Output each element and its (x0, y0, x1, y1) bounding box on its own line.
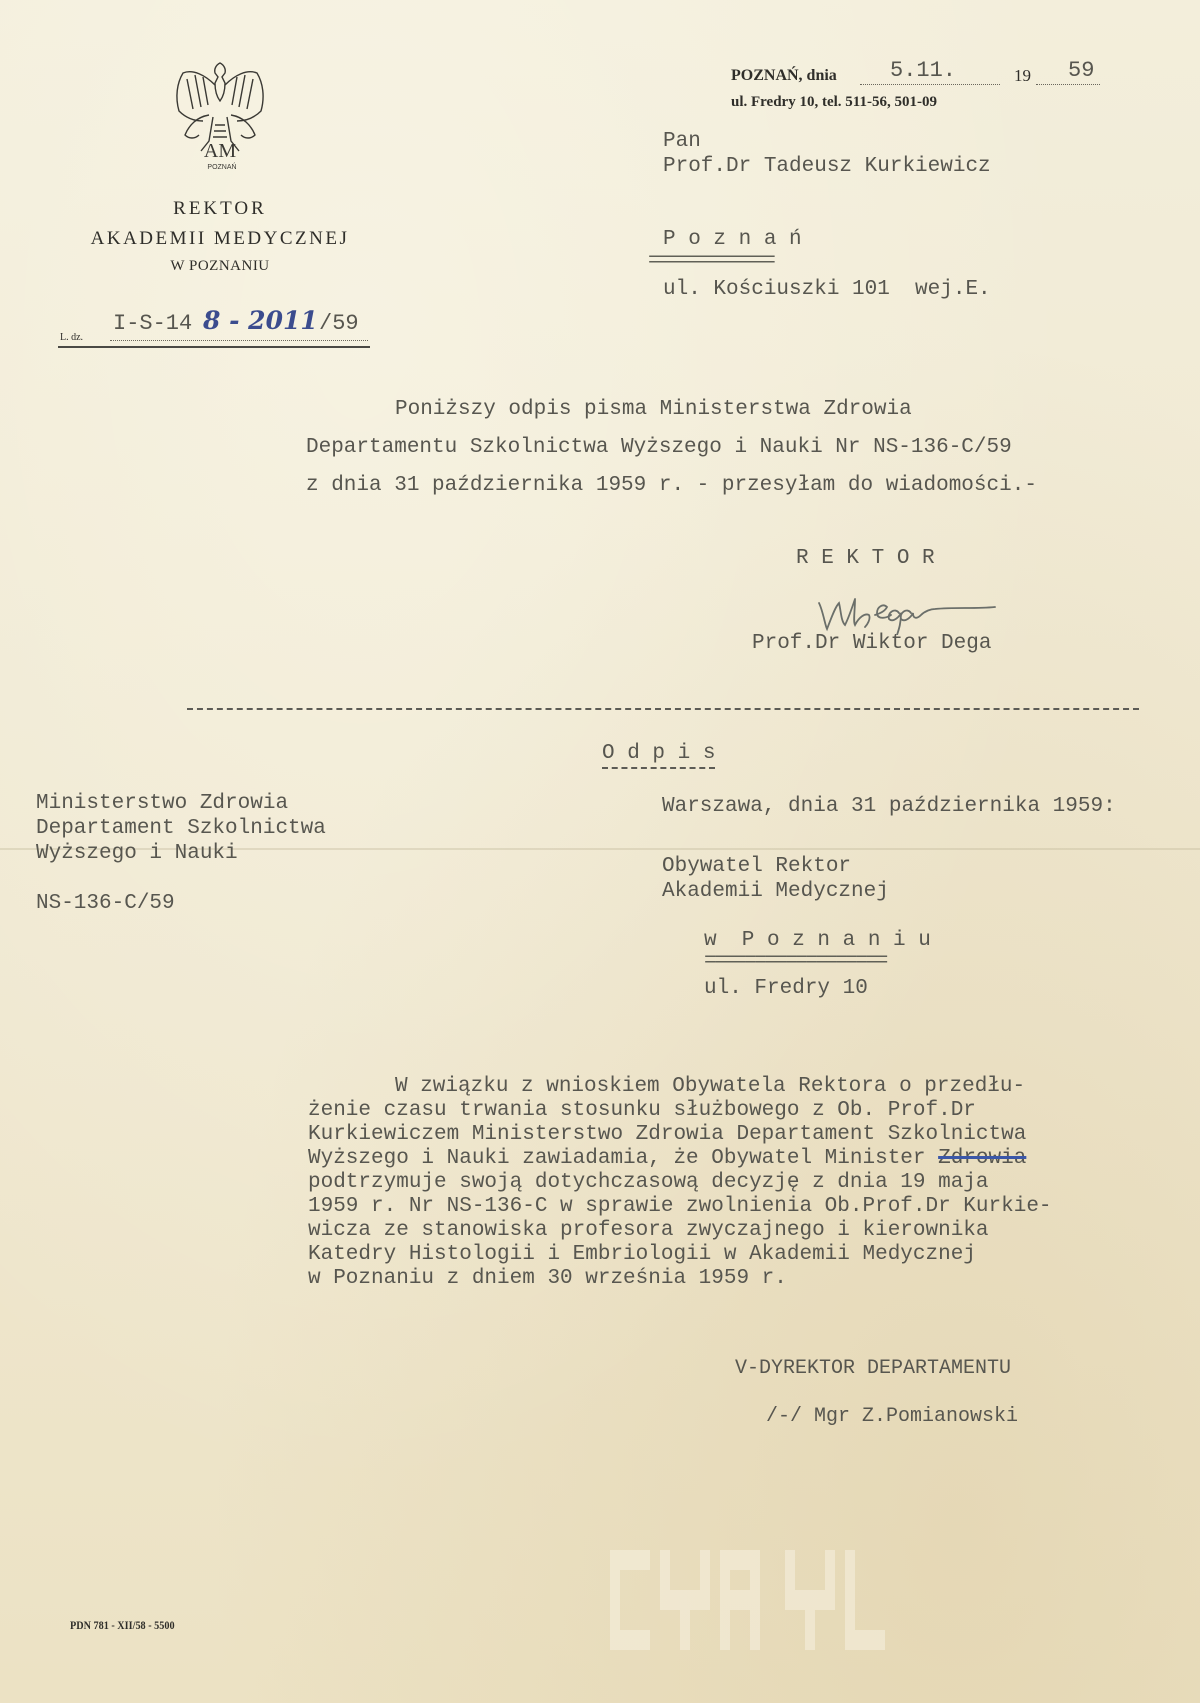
copy-signer-title: V-DYREKTOR DEPARTAMENTU (735, 1357, 1011, 1380)
struck-word: Zdrowia (938, 1147, 1026, 1170)
body-line: żenie czasu trwania stosunku służbowego … (308, 1099, 976, 1122)
ref-handwritten: 8 - 2011 (203, 306, 318, 335)
cover-signer-title: R E K T O R (796, 547, 935, 570)
body-line-text: Wyższego i Nauki zawiadamia, że Obywatel… (308, 1147, 938, 1170)
recipient-city: P o z n a ń (663, 228, 802, 251)
recipient-salutation: Pan (663, 130, 701, 153)
ref-rule (58, 346, 370, 348)
letterhead-title: REKTOR (0, 198, 440, 220)
copy-sender-line: Wyższego i Nauki (36, 842, 238, 865)
year-dotted-line (1036, 84, 1100, 85)
body-line: w Poznaniu z dniem 30 września 1959 r. (308, 1267, 787, 1290)
cover-signer-name: Prof.Dr Wiktor Dega (752, 632, 991, 655)
copy-place-date: Warszawa, dnia 31 października 1959: (662, 795, 1116, 818)
section-divider (187, 708, 1139, 710)
print-code: PDN 781 - XII/58 - 5500 (70, 1618, 175, 1633)
letterhead-city: W POZNANIU (0, 258, 440, 275)
recipient-underline: ============= (648, 250, 773, 273)
copy-sender-line: Ministerstwo Zdrowia (36, 792, 288, 815)
copy-addressee-line: Obywatel Rektor (662, 855, 851, 878)
copy-addressee-line: Akademii Medycznej (662, 880, 889, 903)
crest-city: POZNAŃ (207, 162, 236, 171)
body-line: podtrzymuje swoją dotychczasową decyzję … (308, 1171, 989, 1194)
year-prefix: 19 (1014, 66, 1031, 86)
copy-addressee-street: ul. Fredry 10 (704, 977, 868, 1000)
date-dotted-line (860, 84, 1000, 85)
copy-signer-name: /-/ Mgr Z.Pomianowski (766, 1405, 1018, 1428)
copy-heading: O d p i s (602, 742, 715, 769)
cover-line: Departamentu Szkolnictwa Wyższego i Nauk… (306, 436, 1012, 459)
ref-dotted-line (110, 340, 368, 341)
body-line: Kurkiewiczem Ministerstwo Zdrowia Depart… (308, 1123, 1026, 1146)
copy-addressee-underline: ================== (704, 950, 886, 973)
recipient-name: Prof.Dr Tadeusz Kurkiewicz (663, 155, 991, 178)
date-value: 5.11. (890, 58, 956, 83)
copy-sender-line: Departament Szkolnictwa (36, 817, 326, 840)
sender-address: ul. Fredry 10, tel. 511-56, 501-09 (731, 94, 937, 111)
copy-addressee-city: w P o z n a n i u (704, 929, 931, 952)
body-line: W związku z wnioskiem Obywatela Rektora … (395, 1075, 1025, 1098)
year-value: 59 (1068, 58, 1094, 83)
ref-label: L. dz. (60, 332, 83, 343)
body-line: Katedry Histologii i Embriologii w Akade… (308, 1243, 976, 1266)
dateline-city: POZNAŃ, dnia (731, 67, 837, 85)
crest-monogram: AM (204, 140, 236, 162)
watermark-logo-icon (610, 1550, 1150, 1655)
ref-typed-suffix: /59 (319, 311, 359, 336)
letterhead-institution: AKADEMII MEDYCZNEJ (0, 228, 440, 250)
ref-typed-prefix: I-S-14 (113, 311, 192, 336)
body-line: wicza ze stanowiska profesora zwyczajneg… (308, 1219, 989, 1242)
cover-line: Poniższy odpis pisma Ministerstwa Zdrowi… (395, 398, 912, 421)
copy-sender-ref: NS-136-C/59 (36, 892, 175, 915)
eagle-crest-icon: AM POZNAŃ (165, 55, 275, 175)
body-line: 1959 r. Nr NS-136-C w sprawie zwolnienia… (308, 1195, 1052, 1218)
cover-line: z dnia 31 października 1959 r. - przesył… (306, 474, 1037, 497)
recipient-street: ul. Kościuszki 101 wej.E. (663, 278, 991, 301)
signature-icon (815, 585, 1030, 635)
body-line: Wyższego i Nauki zawiadamia, że Obywatel… (308, 1147, 1026, 1170)
